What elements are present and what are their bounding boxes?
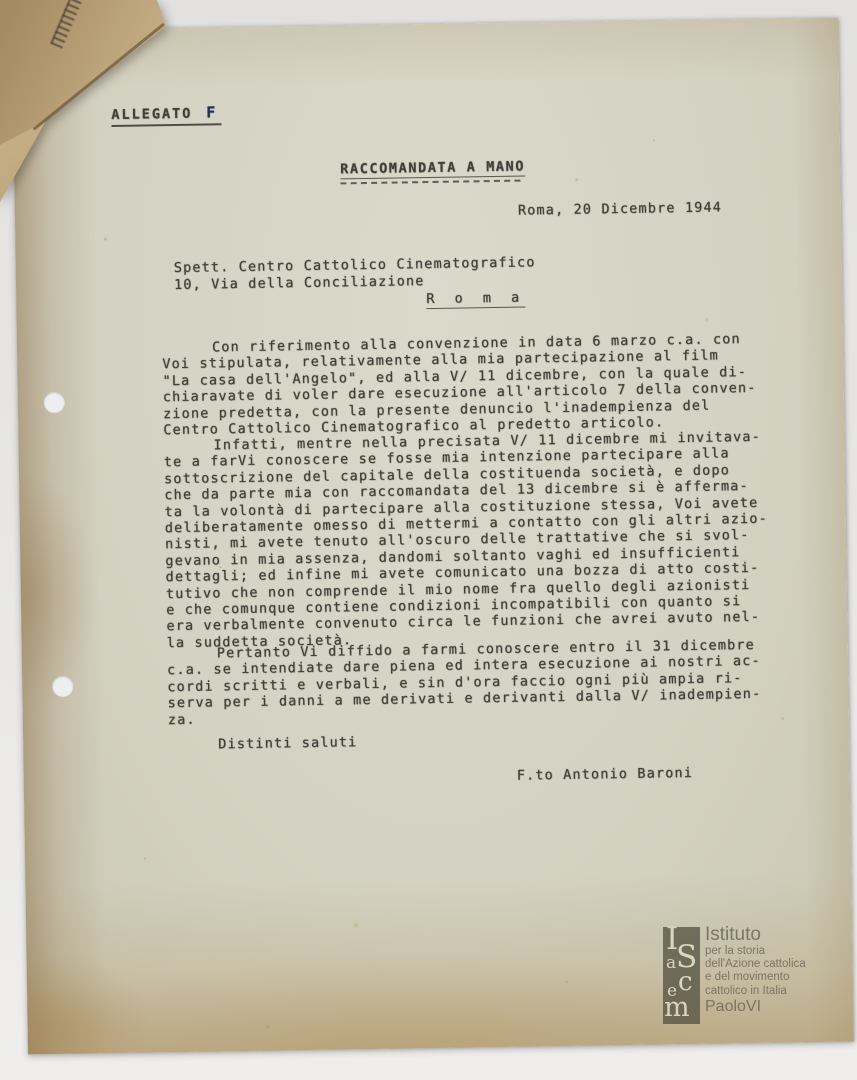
paragraph-3-text: Pertanto Vi diffido a farmi conoscere en… [167, 637, 761, 728]
scanned-letter-photo: ALLEGATOF RACCOMANDATA A MANO Roma, 20 D… [0, 0, 857, 1080]
paragraph-2: Infatti, mentre nella precisata V/ 11 di… [163, 428, 802, 651]
watermark-line: e del movimento [705, 971, 806, 984]
letter-heading: RACCOMANDATA A MANO [340, 159, 525, 180]
recipient-city: R o m a [426, 290, 525, 310]
paragraph-1: Con riferimento alla convenzione in data… [162, 330, 799, 438]
paragraph-3: Pertanto Vi diffido a farmi conoscere en… [167, 636, 804, 728]
paragraph-indent [162, 351, 212, 352]
watermark-line: per la storia [705, 945, 806, 958]
signature-line: F.to Antonio Baroni [517, 765, 694, 784]
recipient-line2: 10, Via della Conciliazione [174, 273, 425, 293]
watermark-text: Istituto per la storia dell'Azione catto… [705, 925, 806, 1016]
watermark-line: cattolico in Italia [705, 985, 806, 998]
punch-hole-bottom [52, 676, 73, 697]
recipient-line1: Spett. Centro Cattolico Cinematografico [174, 254, 536, 276]
archive-watermark: I S a c e m Istituto per la storia dell'… [663, 925, 853, 1035]
folder-corner [0, 0, 220, 230]
folder-paper [0, 0, 200, 220]
heading-dashed-underline [340, 180, 520, 185]
isacem-monogram: I S a c e m [663, 927, 700, 1024]
paragraph-indent [167, 657, 217, 658]
paragraph-indent [164, 449, 214, 450]
punch-hole-top [44, 392, 65, 413]
recipient-address: Spett. Centro Cattolico Cinematografico … [174, 254, 536, 294]
closing-salutation: Distinti saluti [218, 734, 357, 753]
watermark-footer: PaoloVI [705, 998, 806, 1016]
paragraph-2-text: Infatti, mentre nella precisata V/ 11 di… [164, 429, 768, 651]
dateline: Roma, 20 Dicembre 1944 [518, 199, 722, 219]
monogram-letter: a [666, 955, 676, 972]
watermark-title: Istituto [705, 925, 806, 945]
monogram-letter: m [664, 994, 690, 1021]
paragraph-1-text: Con riferimento alla convenzione in data… [162, 331, 756, 438]
watermark-line: dell'Azione cattolica [705, 958, 806, 971]
